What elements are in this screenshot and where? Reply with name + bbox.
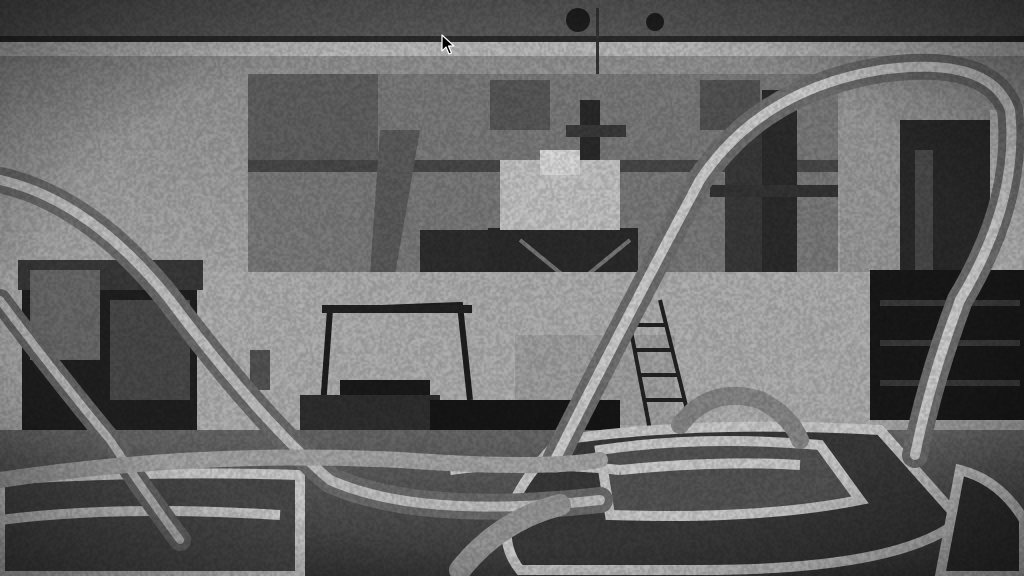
photo-viewer: Grainy black-and-white photograph of an … (0, 0, 1024, 576)
industrial-photo (0, 0, 1024, 576)
